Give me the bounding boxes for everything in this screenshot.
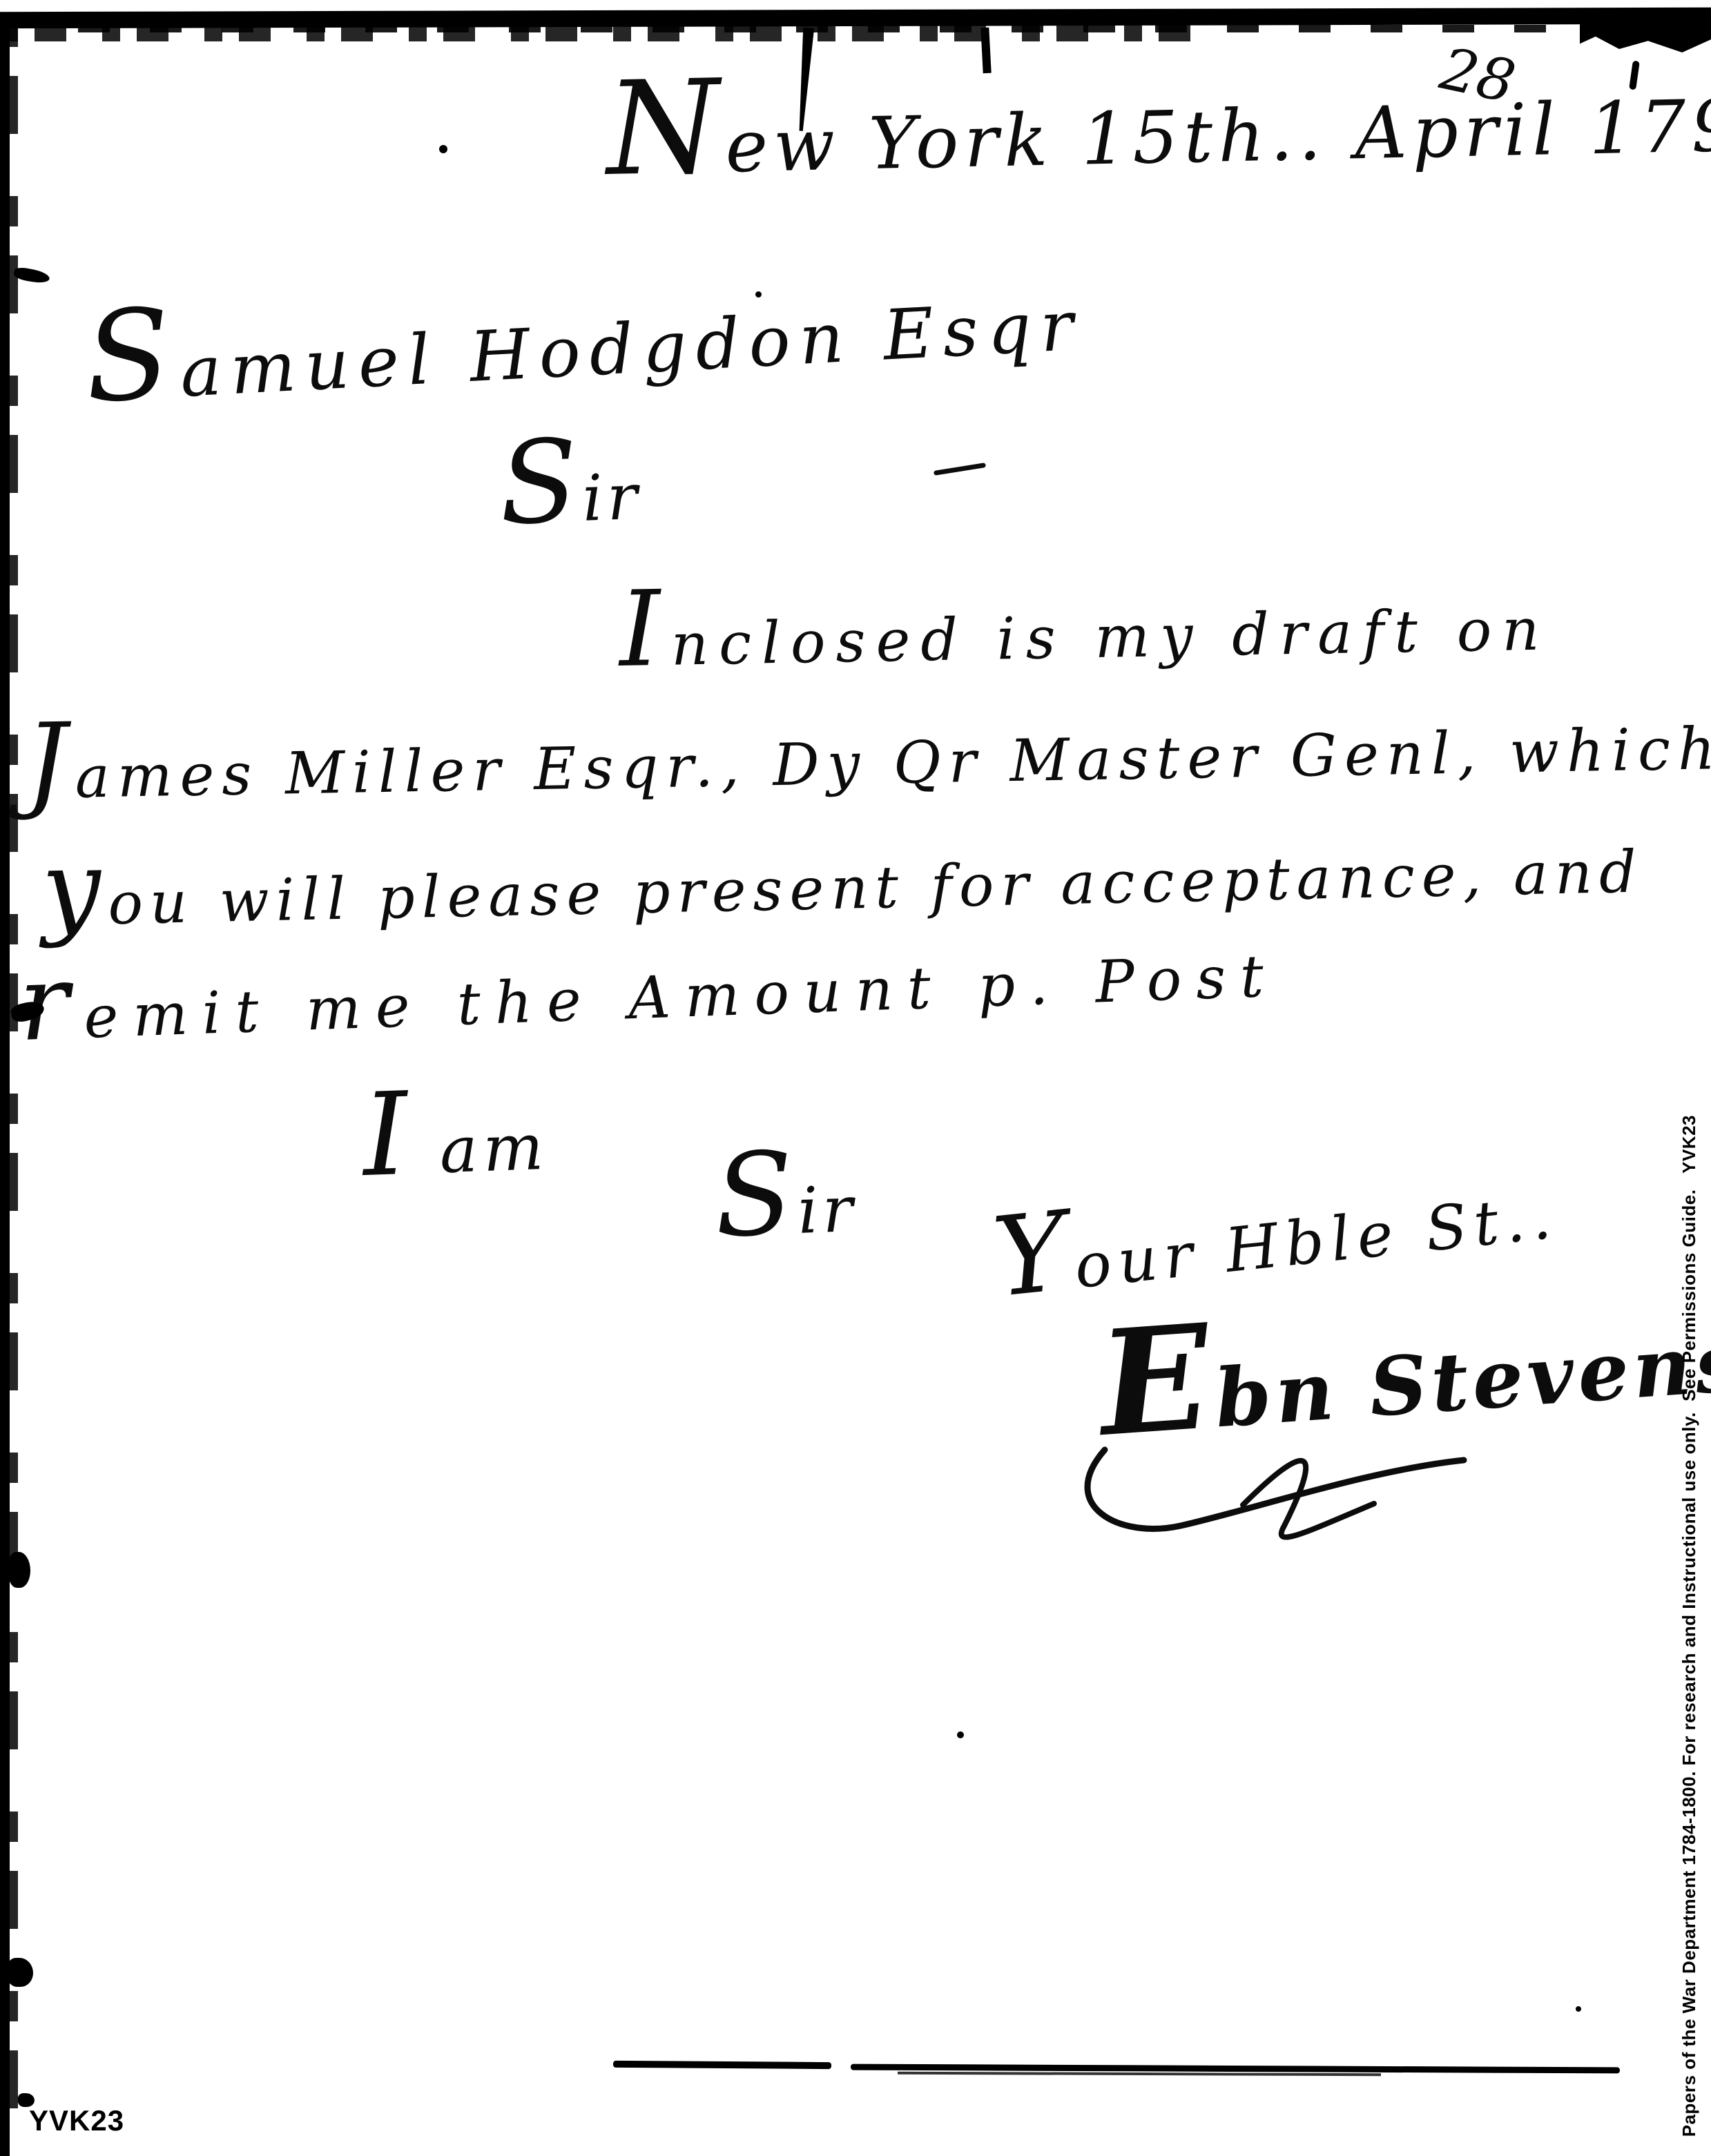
ink-speck — [755, 291, 762, 298]
letter-body-line: James Miller Esqr., Dy Qr Master Genl, w… — [25, 694, 1711, 812]
letter-dateline: New York 15th.. April 1799 — [606, 57, 1711, 191]
pen-dash-mark — [934, 463, 986, 476]
scan-bottom-edge-line — [613, 2061, 831, 2069]
scan-top-border-fringe — [1580, 23, 1711, 52]
document-scan: 28 New York 15th.. April 1799 Samuel Hod… — [0, 0, 1711, 2156]
letter-body-line: Inclosed is my draft on — [619, 575, 1550, 679]
letter-closing-i-am: I am — [361, 1087, 550, 1190]
signature-flourish — [1077, 1422, 1505, 1553]
ink-smudge — [7, 1958, 33, 1987]
letter-body-line: remit me the Amount p. Post — [18, 921, 1279, 1053]
letter-closing-your-hble: Your Hble St.. — [990, 1159, 1561, 1310]
ink-smudge — [13, 266, 50, 285]
scan-bottom-edge-line — [898, 2072, 1381, 2076]
letter-salutation: Sir — [498, 437, 643, 538]
scan-left-border — [0, 17, 10, 2156]
scan-top-border-fringe — [68, 25, 1608, 32]
archive-corner-code: YVK23 — [29, 2104, 124, 2137]
ink-speck — [1576, 2006, 1581, 2012]
archive-side-note: Papers of the War Department 1784-1800. … — [1679, 1115, 1700, 2137]
ink-speck — [439, 145, 447, 153]
letter-recipient: Samuel Hodgdon Esqr — [83, 260, 1084, 418]
ink-smudge — [8, 1552, 30, 1588]
letter-body-line: you will please present for acceptance, … — [41, 817, 1643, 939]
letter-closing-sir: Sir — [713, 1149, 858, 1251]
ink-speck — [957, 1731, 964, 1738]
scan-left-border-fringe — [10, 17, 18, 2156]
